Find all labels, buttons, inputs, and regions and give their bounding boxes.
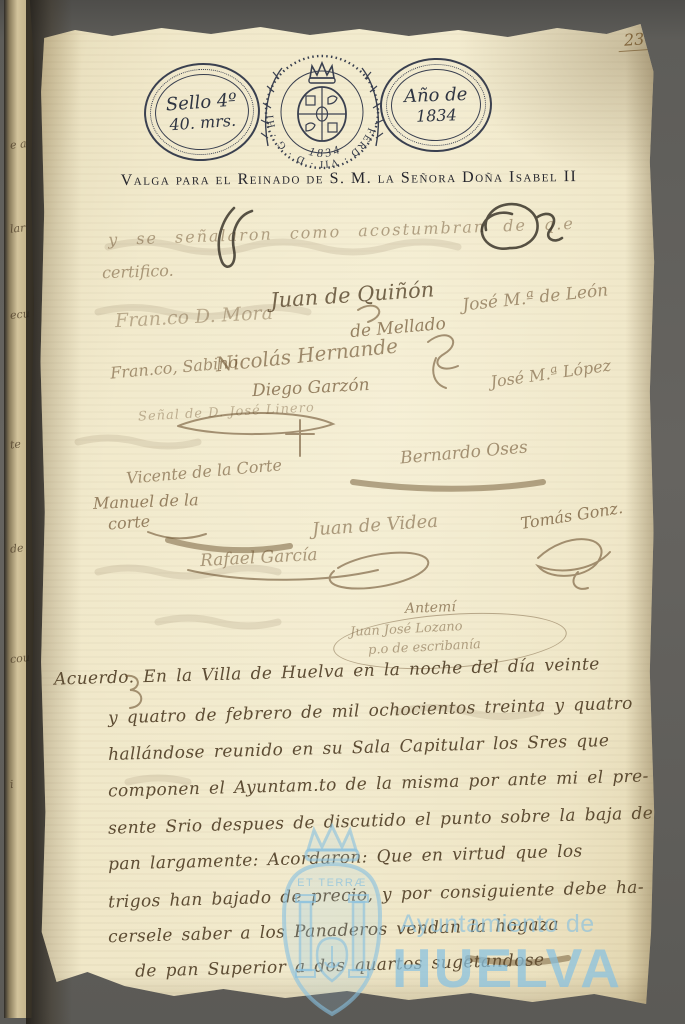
signature: Bernardo Oses	[399, 437, 528, 468]
body-line: pan largamente: Acordaron: Que en virtud…	[108, 841, 583, 874]
body-line: hallándose reunido en su Sala Capitular …	[108, 731, 610, 765]
folio-number: 23	[617, 29, 651, 52]
left-edge-text-fragment: de	[9, 541, 24, 555]
body-line: y quatro de febrero de mil ochocientos t…	[108, 694, 633, 729]
signature: José M.ª López	[489, 356, 612, 392]
castle-quarter	[328, 123, 337, 132]
body-line: trigos han bajado de precio, y por consi…	[108, 878, 644, 913]
lion-quarter	[328, 96, 337, 104]
left-edge-text-fragment: i	[9, 778, 14, 791]
certification-line: y se señalaron como acostumbran de q.e	[108, 214, 575, 249]
sello-4-stamp: Sello 4º 40. mrs.	[141, 59, 264, 165]
stamp-text: 1834	[416, 105, 457, 125]
stamp-text: Año de	[404, 84, 468, 106]
signature-note: Señal de D. José Linero	[138, 400, 315, 424]
castle-quarter	[306, 96, 315, 105]
certification-line: certifico.	[102, 261, 174, 282]
manuscript-page: 23 Sello 4º 40. mrs.	[38, 12, 656, 1012]
signature: Diego Garzón	[252, 375, 371, 401]
lion-quarter	[306, 123, 315, 131]
left-edge-text-fragment: lar	[9, 221, 26, 236]
signature: Manuel de la	[93, 490, 199, 513]
body-line: componen el Ayuntam.to de la misma por a…	[108, 766, 649, 801]
signature: Fran.co D. Mora	[115, 302, 274, 332]
body-line: de pan Superior a dos quartos sugetandos…	[135, 950, 545, 981]
signature: Juan de Quiñón	[269, 277, 435, 312]
royal-coat-of-arms-stamp: FERD · VII · D · G · HISP · ET · IND · R…	[260, 46, 384, 178]
body-line: cersele saber a los Panaderos vendan la …	[108, 915, 559, 948]
signature: Juan de Videa	[311, 511, 438, 541]
signature: Tomás Gonz.	[519, 498, 624, 533]
year-stamp: Año de 1834	[378, 56, 493, 154]
signature: corte	[107, 512, 150, 534]
signature: Vicente de la Corte	[125, 455, 282, 488]
signature: Nicolás Hernande	[214, 333, 399, 376]
photo-background: e a lar ecu te de cou i 23 Sello 4º 40. …	[0, 0, 685, 1024]
signature: José M.ª de León	[461, 280, 609, 315]
left-edge-text-fragment: e a	[9, 137, 27, 152]
left-edge-text-fragment: te	[9, 437, 21, 451]
body-line: sente Srio despues de discutido el punto…	[108, 803, 660, 838]
signature: Rafael García	[200, 545, 318, 571]
printed-validation-line: Valga para el Reinado de S. M. la Señora…	[66, 168, 632, 191]
body-line: Acuerdo. En la Villa de Huelva en la noc…	[54, 654, 600, 689]
